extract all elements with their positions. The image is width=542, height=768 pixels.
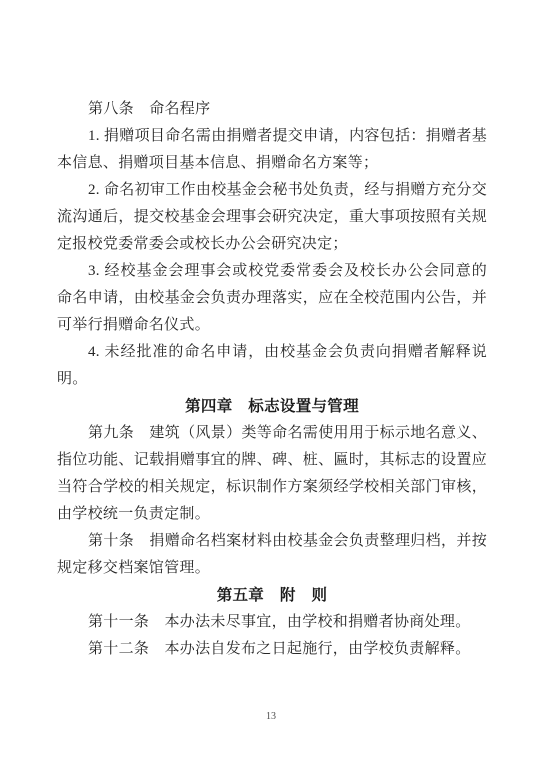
article-9-line-4: 由学校统一负责定制。: [57, 501, 487, 528]
article-10-line-1: 第十条 捐赠命名档案材料由校基金会负责整理归档，并按: [57, 528, 487, 555]
article-9-line-1: 第九条 建筑（风景）类等命名需使用用于标示地名意义、: [57, 420, 487, 447]
clause-1-line-2: 本信息、捐赠项目基本信息、捐赠命名方案等；: [57, 150, 487, 177]
clause-4-line-2: 明。: [57, 366, 487, 393]
clause-2-line-2: 流沟通后，提交校基金会理事会研究决定，重大事项按照有关规: [57, 204, 487, 231]
article-8-title: 第八条 命名程序: [57, 96, 487, 123]
document-body: 第八条 命名程序 1. 捐赠项目命名需由捐赠者提交申请，内容包括：捐赠者基 本信…: [57, 96, 487, 663]
clause-2-line-3: 定报校党委常委会或校长办公会研究决定；: [57, 231, 487, 258]
article-11-line: 第十一条 本办法未尽事宜，由学校和捐赠者协商处理。: [57, 609, 487, 636]
clause-4-line-1: 4. 未经批准的命名申请，由校基金会负责向捐赠者解释说: [57, 339, 487, 366]
article-12-line: 第十二条 本办法自发布之日起施行，由学校负责解释。: [57, 636, 487, 663]
clause-3-line-2: 命名申请，由校基金会负责办理落实，应在全校范围内公告，并: [57, 285, 487, 312]
document-page: 第八条 命名程序 1. 捐赠项目命名需由捐赠者提交申请，内容包括：捐赠者基 本信…: [0, 0, 542, 768]
clause-3-line-3: 可举行捐赠命名仪式。: [57, 312, 487, 339]
page-number: 13: [0, 711, 542, 722]
chapter-4-heading: 第四章 标志设置与管理: [57, 393, 487, 420]
clause-1-line-1: 1. 捐赠项目命名需由捐赠者提交申请，内容包括：捐赠者基: [57, 123, 487, 150]
article-10-line-2: 规定移交档案馆管理。: [57, 555, 487, 582]
chapter-5-heading: 第五章 附 则: [57, 582, 487, 609]
clause-2-line-1: 2. 命名初审工作由校基金会秘书处负责，经与捐赠方充分交: [57, 177, 487, 204]
clause-3-line-1: 3. 经校基金会理事会或校党委常委会及校长办公会同意的: [57, 258, 487, 285]
article-9-line-3: 当符合学校的相关规定，标识制作方案须经学校相关部门审核，: [57, 474, 487, 501]
article-9-line-2: 指位功能、记载捐赠事宜的牌、碑、桩、匾时，其标志的设置应: [57, 447, 487, 474]
